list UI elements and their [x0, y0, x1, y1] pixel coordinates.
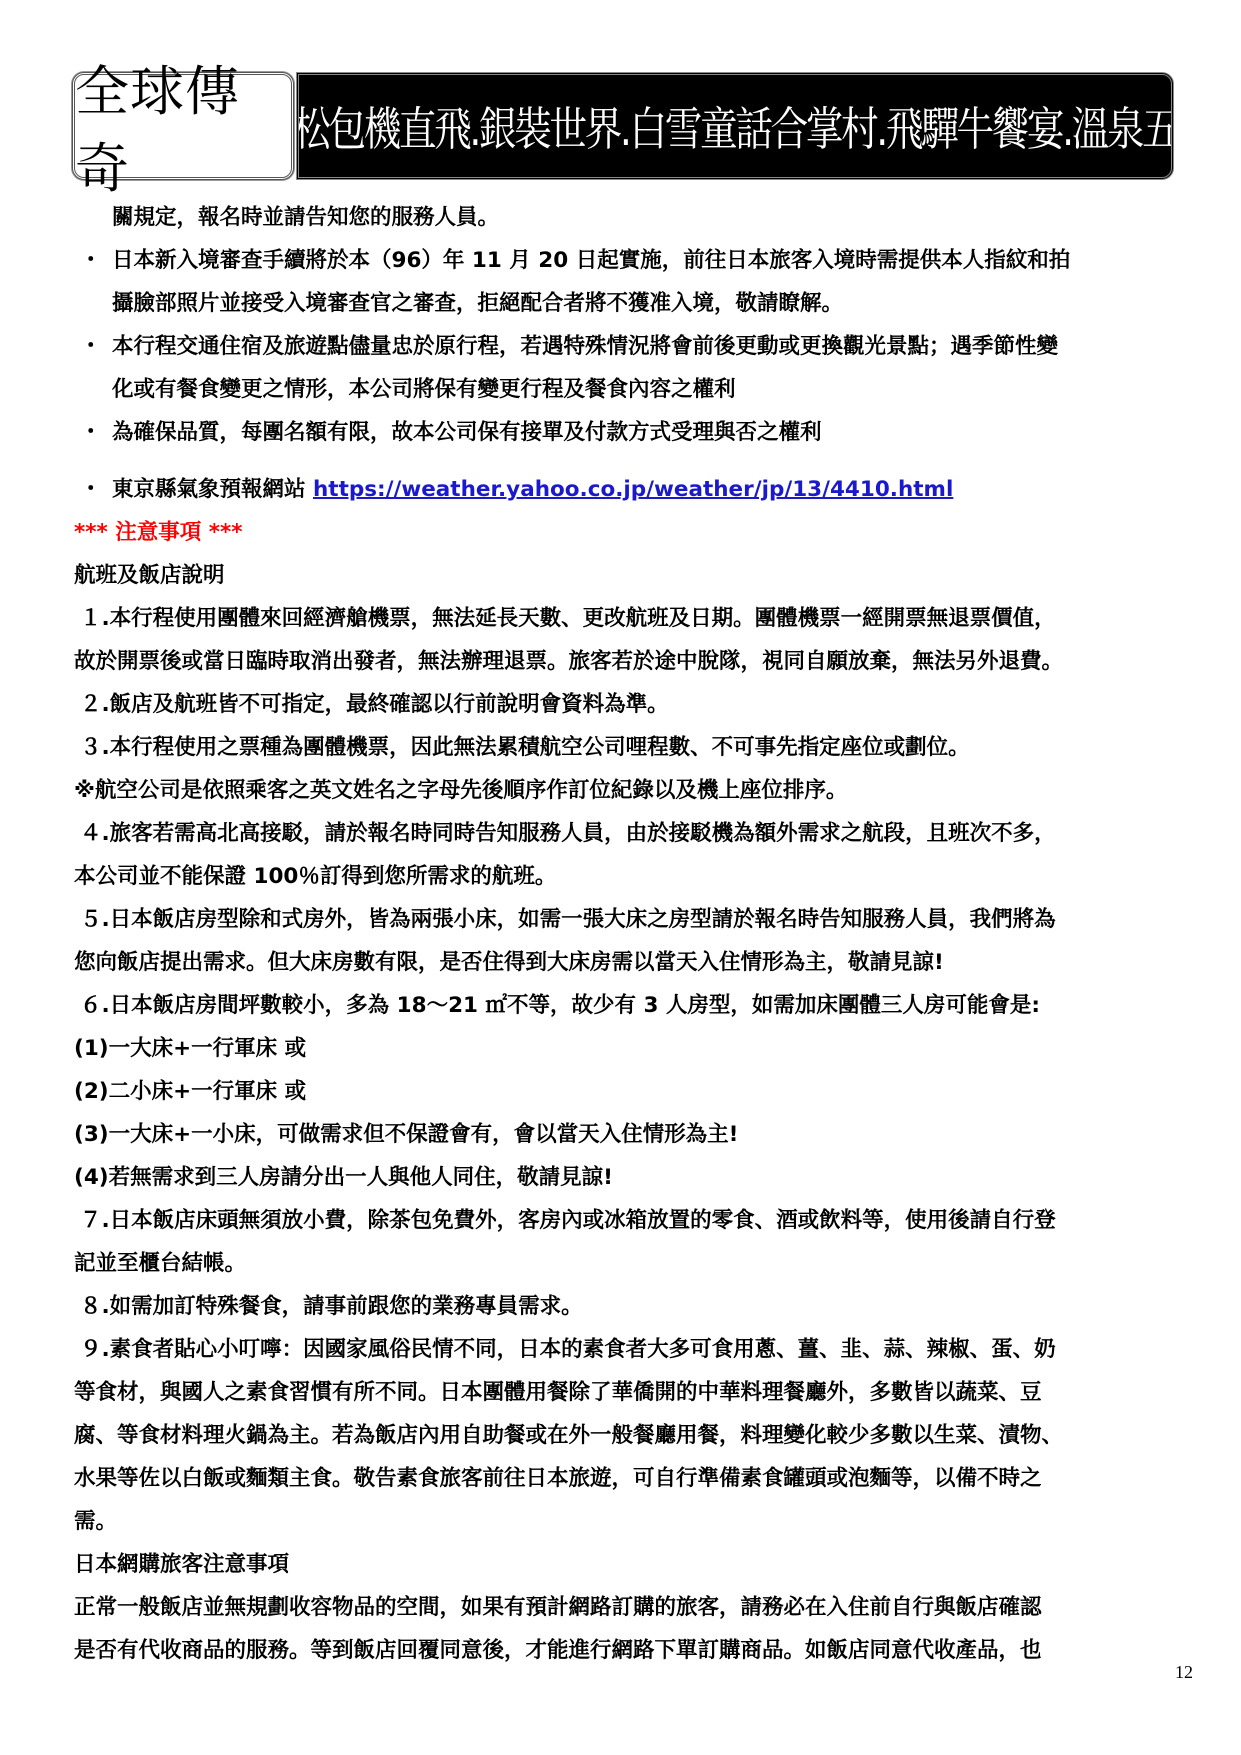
note-line: (3)一大床+一小床，可做需求但不保證會有，會以當天入住情形為主!	[74, 1113, 1194, 1156]
note-line: 正常一般飯店並無規劃收容物品的空間，如果有預計網路訂購的旅客，請務必在入住前自行…	[74, 1586, 1194, 1629]
notice-heading-prefix: ***	[74, 520, 108, 545]
note-line: 是否有代收商品的服務。等到飯店回覆同意後，才能進行網路下單訂購商品。如飯店同意代…	[74, 1629, 1194, 1672]
bullet-text: 日本新入境審查手續將於本（96）年 11 月 20 日起實施，前往日本旅客入境時…	[112, 239, 1070, 282]
note-line: 腐、等食材料理火鍋為主。若為飯店內用自助餐或在外一般餐廳用餐，料理變化較少多數以…	[74, 1414, 1194, 1457]
note-line: 記並至櫃台結帳。	[74, 1242, 1194, 1285]
bullet-text: 本行程交通住宿及旅遊點儘量忠於原行程，若遇特殊情況將會前後更動或更換觀光景點；遇…	[112, 325, 1058, 368]
note-line: ３.本行程使用之票種為團體機票，因此無法累積航空公司哩程數、不可事先指定座位或劃…	[74, 726, 1194, 769]
note-line: 您向飯店提出需求。但大床房數有限，是否住得到大床房需以當天入住情形為主，敬請見諒…	[74, 941, 1194, 984]
weather-forecast-link[interactable]: https://weather.yahoo.co.jp/weather/jp/1…	[313, 477, 953, 502]
document-body: 關規定，報名時並請告知您的服務人員。 ・ 日本新入境審查手續將於本（96）年 1…	[74, 196, 1194, 1672]
bullet-text: 攝臉部照片並接受入境審查官之審查，拒絕配合者將不獲准入境，敬請瞭解。	[112, 282, 1070, 325]
bullet-item-weather: ・ 東京縣氣象預報網站 https://weather.yahoo.co.jp/…	[74, 468, 1194, 511]
note-line: ４.旅客若需高北高接駁，請於報名時同時告知服務人員，由於接駁機為額外需求之航段，…	[74, 812, 1194, 855]
bullet-item-quota: ・ 為確保品質，每團名額有限，故本公司保有接單及付款方式受理與否之權利	[74, 411, 1194, 454]
note-line: 需。	[74, 1500, 1194, 1543]
notice-heading-suffix: ***	[209, 520, 243, 545]
note-line: (1)一大床+一行軍床 或	[74, 1027, 1194, 1070]
note-line: (2)二小床+一行軍床 或	[74, 1070, 1194, 1113]
note-line: ５.日本飯店房型除和式房外，皆為兩張小床，如需一張大床之房型請於報名時告知服務人…	[74, 898, 1194, 941]
bullet-text: 化或有餐食變更之情形，本公司將保有變更行程及餐食內容之權利	[112, 368, 1058, 411]
note-line: ２.飯店及航班皆不可指定，最終確認以行前說明會資料為準。	[74, 683, 1194, 726]
note-line: ８.如需加訂特殊餐食，請事前跟您的業務專員需求。	[74, 1285, 1194, 1328]
notice-heading-text: 注意事項	[115, 520, 201, 545]
note-line: 水果等佐以白飯或麵類主食。敬告素食旅客前往日本旅遊，可自行準備素食罐頭或泡麵等，…	[74, 1457, 1194, 1500]
note-line: (4)若無需求到三人房請分出一人與他人同住，敬請見諒!	[74, 1156, 1194, 1199]
note-line: ※航空公司是依照乘客之英文姓名之字母先後順序作訂位紀錄以及機上座位排序。	[74, 769, 1194, 812]
note-line: ７.日本飯店床頭無須放小費，除茶包免費外，客房內或冰箱放置的零食、酒或飲料等，使…	[74, 1199, 1194, 1242]
note-line: 故於開票後或當日臨時取消出發者，無法辦理退票。旅客若於途中脫隊，視同自願放棄，無…	[74, 640, 1194, 683]
section-title-flights-hotels: 航班及飯店說明	[74, 554, 1194, 597]
page-number: 12	[1175, 1662, 1193, 1683]
document-header: 全球傳奇 小松包機直飛.銀裝世界.白雪童話合掌村.飛驒牛饗宴.溫泉五日	[72, 72, 1174, 186]
note-line: １.本行程使用團體來回經濟艙機票，無法延長天數、更改航班及日期。團體機票一經開票…	[74, 597, 1194, 640]
bullet-dot-icon: ・	[74, 325, 112, 411]
brand-label: 全球傳奇	[72, 72, 294, 180]
note-line: ９.素食者貼心小叮嚀：因國家風俗民情不同，日本的素食者大多可食用蔥、薑、韭、蒜、…	[74, 1328, 1194, 1371]
note-line: 本公司並不能保證 100％訂得到您所需求的航班。	[74, 855, 1194, 898]
continuation-line: 關規定，報名時並請告知您的服務人員。	[74, 196, 1194, 239]
note-line: 等食材，與國人之素食習慣有所不同。日本團體用餐除了華僑開的中華料理餐廳外，多數皆…	[74, 1371, 1194, 1414]
tour-title: 小松包機直飛.銀裝世界.白雪童話合掌村.飛驒牛饗宴.溫泉五日	[296, 93, 1174, 159]
note-line: ６.日本飯店房間坪數較小，多為 18～21 ㎡不等，故少有 3 人房型，如需加床…	[74, 984, 1194, 1027]
bullet-item-itinerary-change: ・ 本行程交通住宿及旅遊點儘量忠於原行程，若遇特殊情況將會前後更動或更換觀光景點…	[74, 325, 1194, 411]
bullet-item-immigration: ・ 日本新入境審查手續將於本（96）年 11 月 20 日起實施，前往日本旅客入…	[74, 239, 1194, 325]
bullet-text: 為確保品質，每團名額有限，故本公司保有接單及付款方式受理與否之權利	[112, 411, 822, 454]
bullet-dot-icon: ・	[74, 468, 112, 511]
online-shopping-notes: 正常一般飯店並無規劃收容物品的空間，如果有預計網路訂購的旅客，請務必在入住前自行…	[74, 1586, 1194, 1672]
section-title-online-shopping: 日本網購旅客注意事項	[74, 1543, 1194, 1586]
bullet-dot-icon: ・	[74, 411, 112, 454]
bullet-dot-icon: ・	[74, 239, 112, 325]
flight-hotel-notes: １.本行程使用團體來回經濟艙機票，無法延長天數、更改航班及日期。團體機票一經開票…	[74, 597, 1194, 1543]
notice-heading: *** 注意事項 ***	[74, 511, 1194, 554]
weather-label: 東京縣氣象預報網站	[112, 477, 313, 502]
tour-title-banner: 小松包機直飛.銀裝世界.白雪童話合掌村.飛驒牛饗宴.溫泉五日	[296, 72, 1174, 180]
